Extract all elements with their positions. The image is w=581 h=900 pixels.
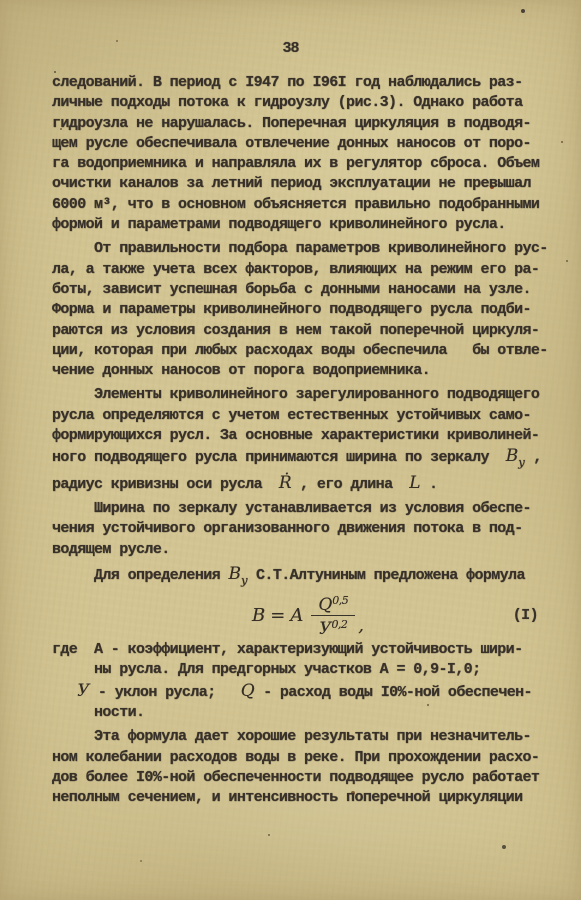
- text-line: щем русле обеспечивала отвлечение донных…: [52, 134, 552, 154]
- where-clause-line: ны русла. Для предгорных участков А = 0,…: [52, 660, 552, 680]
- paragraph-6: Эта формула дает хорошие результаты при …: [52, 727, 552, 808]
- text-line: русла определяются с учетом естественных…: [52, 406, 552, 426]
- where-clause-line: где А - коэффициент, характеризующий уст…: [52, 640, 552, 660]
- fraction-numerator: Q0,5: [311, 593, 355, 616]
- scanned-page: 38 следований. В период с I947 по I96I г…: [0, 0, 581, 900]
- text-line: формирующихся русл. За основные характер…: [52, 426, 552, 446]
- line-text: С.Т.Алтуниным предложена формула: [248, 567, 525, 584]
- discharge-symbol: Q: [241, 681, 255, 701]
- line-text: ,: [525, 449, 542, 466]
- text-line-with-symbol: ного подводящего русла принимаются ширин…: [52, 446, 552, 472]
- text-line: га водоприемника и направляла их в регул…: [52, 154, 552, 174]
- text-line: следований. В период с I947 по I96I год …: [52, 73, 552, 93]
- text-line: боты, зависит успешная борьба с донными …: [52, 280, 552, 300]
- equation-number: (I): [513, 607, 538, 624]
- where-clause-line: ности.: [52, 703, 552, 723]
- text-line: чения устойчивого организованного движен…: [52, 519, 552, 539]
- line-text: - уклон русла;: [90, 684, 241, 701]
- text-line: ном колебании расходов воды в реке. При …: [52, 748, 552, 768]
- formula-lhs: B: [252, 605, 265, 626]
- text-line: личные подходы потока к гидроузлу (рис.3…: [52, 93, 552, 113]
- page-body: следований. В период с I947 по I96I год …: [52, 73, 552, 813]
- symbol-width-B: B: [228, 564, 241, 584]
- text-line: От правильности подбора параметров криво…: [52, 239, 552, 259]
- text-line-with-symbol: радиус кривизны оси русла Ṙ , его длина …: [52, 473, 552, 495]
- numerator-exponent: 0,5: [332, 594, 348, 607]
- slope-symbol: У: [319, 619, 331, 639]
- altunin-formula: B = A Q0,5 У0,2 ,: [252, 593, 364, 638]
- text-line: гидроузла не нарушалась. Поперечная цирк…: [52, 114, 552, 134]
- text-line: Форма и параметры криволинейного подводя…: [52, 300, 552, 320]
- where-clause-line-with-symbols: У - уклон русла; Q - расход воды I0%-ной…: [52, 681, 552, 703]
- fraction-denominator: У0,2: [311, 616, 355, 638]
- text-line: Элементы криволинейного зарегулированног…: [52, 385, 552, 405]
- formula-line: B = A Q0,5 У0,2 , (I): [52, 593, 552, 637]
- text-line: ции, которая при любых расходах воды обе…: [52, 341, 552, 361]
- line-text: [52, 684, 77, 701]
- line-text: - расход воды I0%-ной обеспечен-: [255, 684, 532, 701]
- text-line: неполным сечением, и интенсивность попер…: [52, 788, 552, 808]
- line-text: ного подводящего русла принимаются ширин…: [52, 449, 506, 466]
- text-line: раются из условия создания в нем такой п…: [52, 321, 552, 341]
- equals-sign: =: [270, 605, 285, 626]
- symbol-width-B: B: [506, 446, 519, 466]
- line-text: радиус кривизны оси русла: [52, 476, 279, 493]
- formula-intro-line: Для определения Bу С.Т.Алтуниным предлож…: [52, 564, 552, 590]
- formula-comma: ,: [358, 615, 364, 636]
- text-line: 6000 м³, что в основном объясняется прав…: [52, 195, 552, 215]
- text-line: дов более I0%-ной обеспеченности подводя…: [52, 768, 552, 788]
- line-text: , его длина: [292, 476, 410, 493]
- text-line: Ширина по зеркалу устанавливается из усл…: [52, 499, 552, 519]
- line-text: Для определения: [94, 567, 228, 584]
- paragraph-3: Элементы криволинейного зарегулированног…: [52, 385, 552, 494]
- formula-fraction: Q0,5 У0,2: [311, 593, 355, 638]
- text-line: ла, а также учета всех факторов, влияющи…: [52, 260, 552, 280]
- paragraph-4: Ширина по зеркалу устанавливается из усл…: [52, 499, 552, 560]
- discharge-symbol: Q: [318, 595, 332, 615]
- line-text: .: [421, 476, 438, 493]
- symbol-width-B-subscript: у: [518, 455, 525, 469]
- paragraph-1: следований. В период с I947 по I96I год …: [52, 73, 552, 235]
- formula-coefficient: A: [290, 605, 303, 626]
- symbol-length-L: L: [409, 473, 420, 493]
- text-line: Эта формула дает хорошие результаты при …: [52, 727, 552, 747]
- text-line: формой и параметрами подводящего криволи…: [52, 215, 552, 235]
- slope-symbol: У: [77, 681, 89, 701]
- denominator-exponent: 0,2: [331, 618, 347, 631]
- page-number: 38: [0, 40, 581, 57]
- text-line: очистки каналов за летний период эксплуа…: [52, 174, 552, 194]
- paper-specks: [0, 0, 2, 2]
- paragraph-2: От правильности подбора параметров криво…: [52, 239, 552, 381]
- symbol-radius-R: Ṙ: [279, 473, 292, 493]
- text-line: водящем русле.: [52, 540, 552, 560]
- text-line: чение донных наносов от порога водоприем…: [52, 361, 552, 381]
- symbol-width-B-subscript: у: [241, 573, 248, 587]
- paragraph-5: Для определения Bу С.Т.Алтуниным предлож…: [52, 564, 552, 723]
